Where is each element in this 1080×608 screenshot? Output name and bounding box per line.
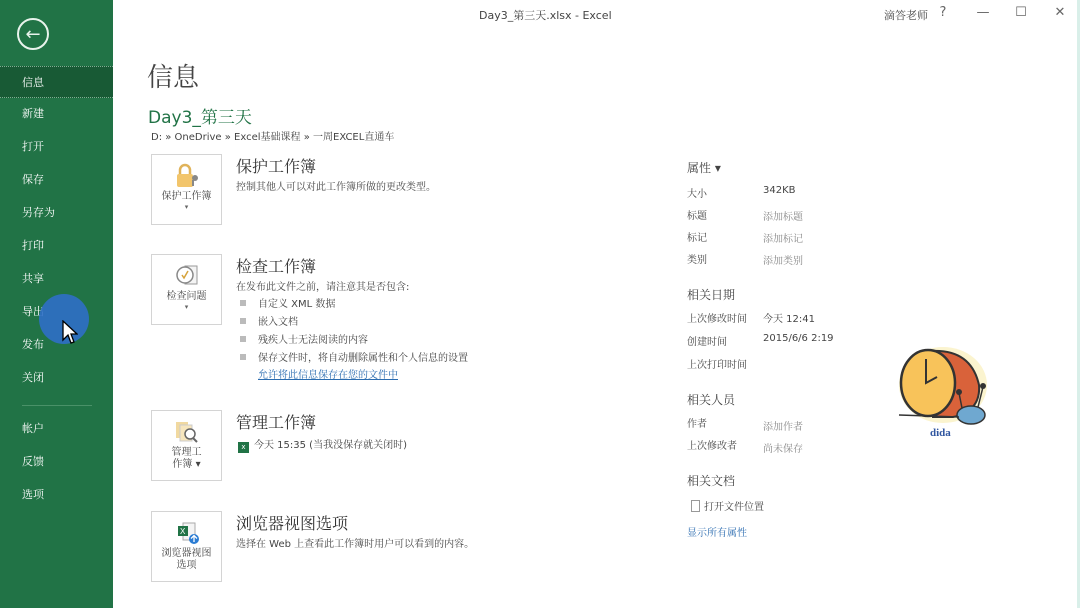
section-title-protect: 保护工作簿	[236, 154, 316, 177]
svg-text:dida: dida	[930, 427, 951, 439]
show-all-properties-link[interactable]: 显示所有属性	[687, 524, 747, 539]
sidebar-item-info[interactable]: 信息	[0, 66, 113, 98]
tile-label: 保护工作簿	[152, 191, 221, 203]
sidebar-divider	[22, 405, 92, 406]
protect-workbook-button[interactable]: 保护工作簿 ▾	[151, 154, 222, 225]
prop-label-author: 作者	[687, 415, 707, 430]
chevron-down-icon: ▾	[152, 203, 221, 211]
arrow-left-icon: ←	[25, 24, 40, 45]
breadcrumb: D: » OneDrive » Excel基础课程 » 一周EXCEL直通车	[151, 128, 394, 143]
window-title: Day3_第三天.xlsx - Excel	[479, 7, 612, 23]
check-issues-button[interactable]: 检查问题 ▾	[151, 254, 222, 325]
sidebar-item-account[interactable]: 帐户	[0, 413, 113, 445]
back-button[interactable]: ←	[17, 18, 49, 50]
prop-input-title[interactable]: 添加标题	[763, 208, 803, 223]
sidebar-item-save-as[interactable]: 另存为	[0, 197, 113, 229]
sidebar-item-open[interactable]: 打开	[0, 131, 113, 163]
prop-value-last-modified-by: 尚未保存	[763, 440, 803, 455]
sidebar-item-new[interactable]: 新建	[0, 98, 113, 130]
manage-workbook-button[interactable]: 管理工 作簿 ▾	[151, 410, 222, 481]
related-people-heading: 相关人员	[687, 391, 735, 408]
inspect-bullet: 嵌入文档	[240, 313, 298, 328]
manage-versions-icon	[173, 419, 201, 445]
tile-label: 管理工	[152, 447, 221, 459]
prop-input-tags[interactable]: 添加标记	[763, 230, 803, 245]
inspect-bullet: 保存文件时，将自动删除属性和个人信息的设置	[240, 349, 468, 364]
document-icon	[691, 500, 700, 512]
inspect-bullet: 残疾人士无法阅读的内容	[240, 331, 368, 346]
section-desc-inspect: 在发布此文件之前，请注意其是否包含:	[236, 278, 409, 293]
section-title-browser-view: 浏览器视图选项	[236, 511, 348, 534]
lock-key-icon	[173, 163, 201, 189]
prop-label-tags: 标记	[687, 229, 707, 244]
page-title: 信息	[147, 57, 199, 94]
document-name: Day3_第三天	[148, 103, 252, 128]
excel-web-icon: X	[173, 520, 201, 546]
tile-label: 浏览器视图	[152, 548, 221, 560]
user-name[interactable]: 滴答老师	[884, 7, 928, 23]
prop-label-last-modified-by: 上次修改者	[687, 437, 737, 452]
minimize-button[interactable]: —	[970, 3, 996, 23]
prop-input-category[interactable]: 添加类别	[763, 252, 803, 267]
browser-view-options-button[interactable]: X 浏览器视图 选项	[151, 511, 222, 582]
sidebar-item-print[interactable]: 打印	[0, 230, 113, 262]
chevron-down-icon: ▾	[152, 303, 221, 311]
section-desc-browser-view: 选择在 Web 上查看此工作簿时用户可以看到的内容。	[236, 535, 474, 550]
related-docs-heading: 相关文档	[687, 472, 735, 489]
maximize-button[interactable]: ☐	[1008, 3, 1034, 23]
related-dates-heading: 相关日期	[687, 286, 735, 303]
allow-save-info-link[interactable]: 允许将此信息保存在您的文件中	[258, 366, 398, 381]
sidebar-item-feedback[interactable]: 反馈	[0, 446, 113, 478]
prop-label-size: 大小	[687, 185, 707, 200]
svg-text:X: X	[180, 527, 186, 536]
bullet-icon	[240, 336, 246, 342]
sidebar-item-save[interactable]: 保存	[0, 164, 113, 196]
inspect-bullet: 自定义 XML 数据	[240, 295, 335, 310]
prop-label-modified: 上次修改时间	[687, 310, 747, 325]
bullet-icon	[240, 354, 246, 360]
prop-label-created: 创建时间	[687, 333, 727, 348]
bullet-icon	[240, 300, 246, 306]
tile-label: 作簿 ▾	[152, 459, 221, 471]
prop-value-size: 342KB	[763, 185, 796, 196]
prop-input-author[interactable]: 添加作者	[763, 418, 803, 433]
section-desc-protect: 控制其他人可以对此工作簿所做的更改类型。	[236, 178, 436, 193]
autosave-version[interactable]: x今天 15:35 (当我没保存就关闭时)	[238, 436, 407, 453]
open-file-location-button[interactable]: 打开文件位置	[691, 498, 764, 513]
sidebar-item-share[interactable]: 共享	[0, 263, 113, 295]
sidebar-item-options[interactable]: 选项	[0, 479, 113, 511]
tile-label: 检查问题	[152, 291, 221, 303]
excel-file-icon: x	[238, 442, 249, 453]
prop-value-modified: 今天 12:41	[763, 310, 815, 325]
clock-snail-mascot-icon: dida	[893, 345, 998, 440]
mouse-cursor-icon	[62, 320, 78, 346]
prop-label-category: 类别	[687, 251, 707, 266]
bullet-icon	[240, 318, 246, 324]
inspect-document-icon	[173, 263, 201, 289]
prop-label-title: 标题	[687, 207, 707, 222]
help-button[interactable]: ?	[930, 3, 956, 23]
prop-label-printed: 上次打印时间	[687, 356, 747, 371]
section-title-manage: 管理工作簿	[236, 410, 316, 433]
section-title-inspect: 检查工作簿	[236, 254, 316, 277]
properties-dropdown[interactable]: 属性 ▾	[687, 159, 721, 176]
close-button[interactable]: ✕	[1047, 3, 1073, 23]
prop-value-created: 2015/6/6 2:19	[763, 333, 834, 344]
sidebar-item-close[interactable]: 关闭	[0, 362, 113, 394]
tile-label: 选项	[152, 560, 221, 572]
